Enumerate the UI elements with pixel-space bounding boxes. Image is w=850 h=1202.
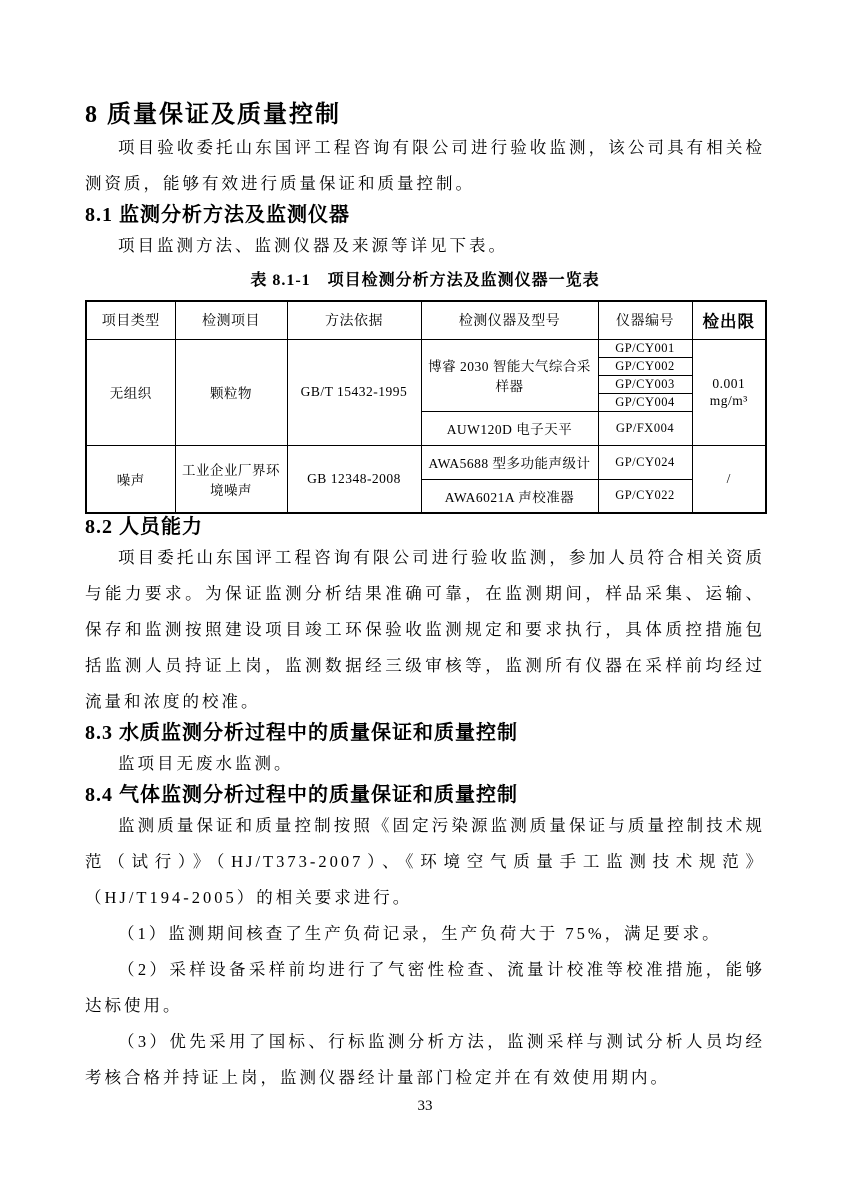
cell-instrument-code: GP/FX004 — [598, 411, 692, 445]
limit-unit: mg/m³ — [696, 392, 763, 409]
cell-instrument-code: GP/CY003 — [598, 375, 692, 393]
cell-instrument-code: GP/CY024 — [598, 445, 692, 479]
cell-project-type-unorganized: 无组织 — [86, 339, 175, 445]
section-heading-8-3: 8.3 水质监测分析过程中的质量保证和质量控制 — [85, 720, 765, 746]
intro-paragraph: 项目验收委托山东国评工程咨询有限公司进行验收监测，该公司具有相关检测资质，能够有… — [85, 130, 765, 202]
header-project-type: 项目类型 — [86, 301, 175, 339]
table-row: 噪声 工业企业厂界环境噪声 GB 12348-2008 AWA5688 型多功能… — [86, 445, 766, 479]
document-page: 8 质量保证及质量控制 项目验收委托山东国评工程咨询有限公司进行验收监测，该公司… — [0, 0, 850, 1096]
cell-instrument-code: GP/CY001 — [598, 339, 692, 357]
cell-method-noise: GB 12348-2008 — [287, 445, 421, 513]
cell-instrument-sampler: 博睿 2030 智能大气综合采样器 — [421, 339, 598, 411]
cell-instrument-code: GP/CY004 — [598, 393, 692, 411]
cell-instrument-balance: AUW120D 电子天平 — [421, 411, 598, 445]
header-instrument-model: 检测仪器及型号 — [421, 301, 598, 339]
section-8-2-paragraph: 项目委托山东国评工程咨询有限公司进行验收监测，参加人员符合相关资质与能力要求。为… — [85, 540, 765, 720]
cell-detection-limit-noise: / — [692, 445, 766, 513]
cell-method-particles: GB/T 15432-1995 — [287, 339, 421, 445]
header-detection-limit: 检出限 — [692, 301, 766, 339]
chapter-heading: 8 质量保证及质量控制 — [85, 100, 765, 130]
header-detect-item: 检测项目 — [175, 301, 287, 339]
cell-detection-limit-particles: 0.001 mg/m³ — [692, 339, 766, 445]
cell-detect-item-particles: 颗粒物 — [175, 339, 287, 445]
limit-value: 0.001 — [696, 375, 763, 392]
section-heading-8-2: 8.2 人员能力 — [85, 514, 765, 540]
cell-project-type-noise: 噪声 — [86, 445, 175, 513]
page-number: 33 — [0, 1096, 850, 1116]
list-item-3: （3）优先采用了国标、行标监测分析方法，监测采样与测试分析人员均经考核合格并持证… — [85, 1024, 765, 1096]
cell-instrument-code: GP/CY022 — [598, 479, 692, 513]
table-header-row: 项目类型 检测项目 方法依据 检测仪器及型号 仪器编号 检出限 — [86, 301, 766, 339]
section-8-1-paragraph: 项目监测方法、监测仪器及来源等详见下表。 — [85, 228, 765, 264]
header-instrument-code: 仪器编号 — [598, 301, 692, 339]
header-method-basis: 方法依据 — [287, 301, 421, 339]
section-8-3-paragraph: 监项目无废水监测。 — [85, 746, 765, 782]
cell-instrument-code: GP/CY002 — [598, 357, 692, 375]
section-8-4-paragraph: 监测质量保证和质量控制按照《固定污染源监测质量保证与质量控制技术规范（试行）》（… — [85, 808, 765, 916]
table-caption: 表 8.1-1 项目检测分析方法及监测仪器一览表 — [85, 268, 765, 294]
cell-instrument-calibrator: AWA6021A 声校准器 — [421, 479, 598, 513]
section-heading-8-1: 8.1 监测分析方法及监测仪器 — [85, 202, 765, 228]
list-item-1: （1）监测期间核查了生产负荷记录，生产负荷大于 75%，满足要求。 — [85, 916, 765, 952]
cell-detect-item-noise: 工业企业厂界环境噪声 — [175, 445, 287, 513]
table-row: 无组织 颗粒物 GB/T 15432-1995 博睿 2030 智能大气综合采样… — [86, 339, 766, 357]
monitoring-methods-table: 项目类型 检测项目 方法依据 检测仪器及型号 仪器编号 检出限 无组织 颗粒物 … — [85, 300, 767, 514]
list-item-2: （2）采样设备采样前均进行了气密性检查、流量计校准等校准措施，能够达标使用。 — [85, 952, 765, 1024]
cell-instrument-sound-meter: AWA5688 型多功能声级计 — [421, 445, 598, 479]
section-heading-8-4: 8.4 气体监测分析过程中的质量保证和质量控制 — [85, 782, 765, 808]
